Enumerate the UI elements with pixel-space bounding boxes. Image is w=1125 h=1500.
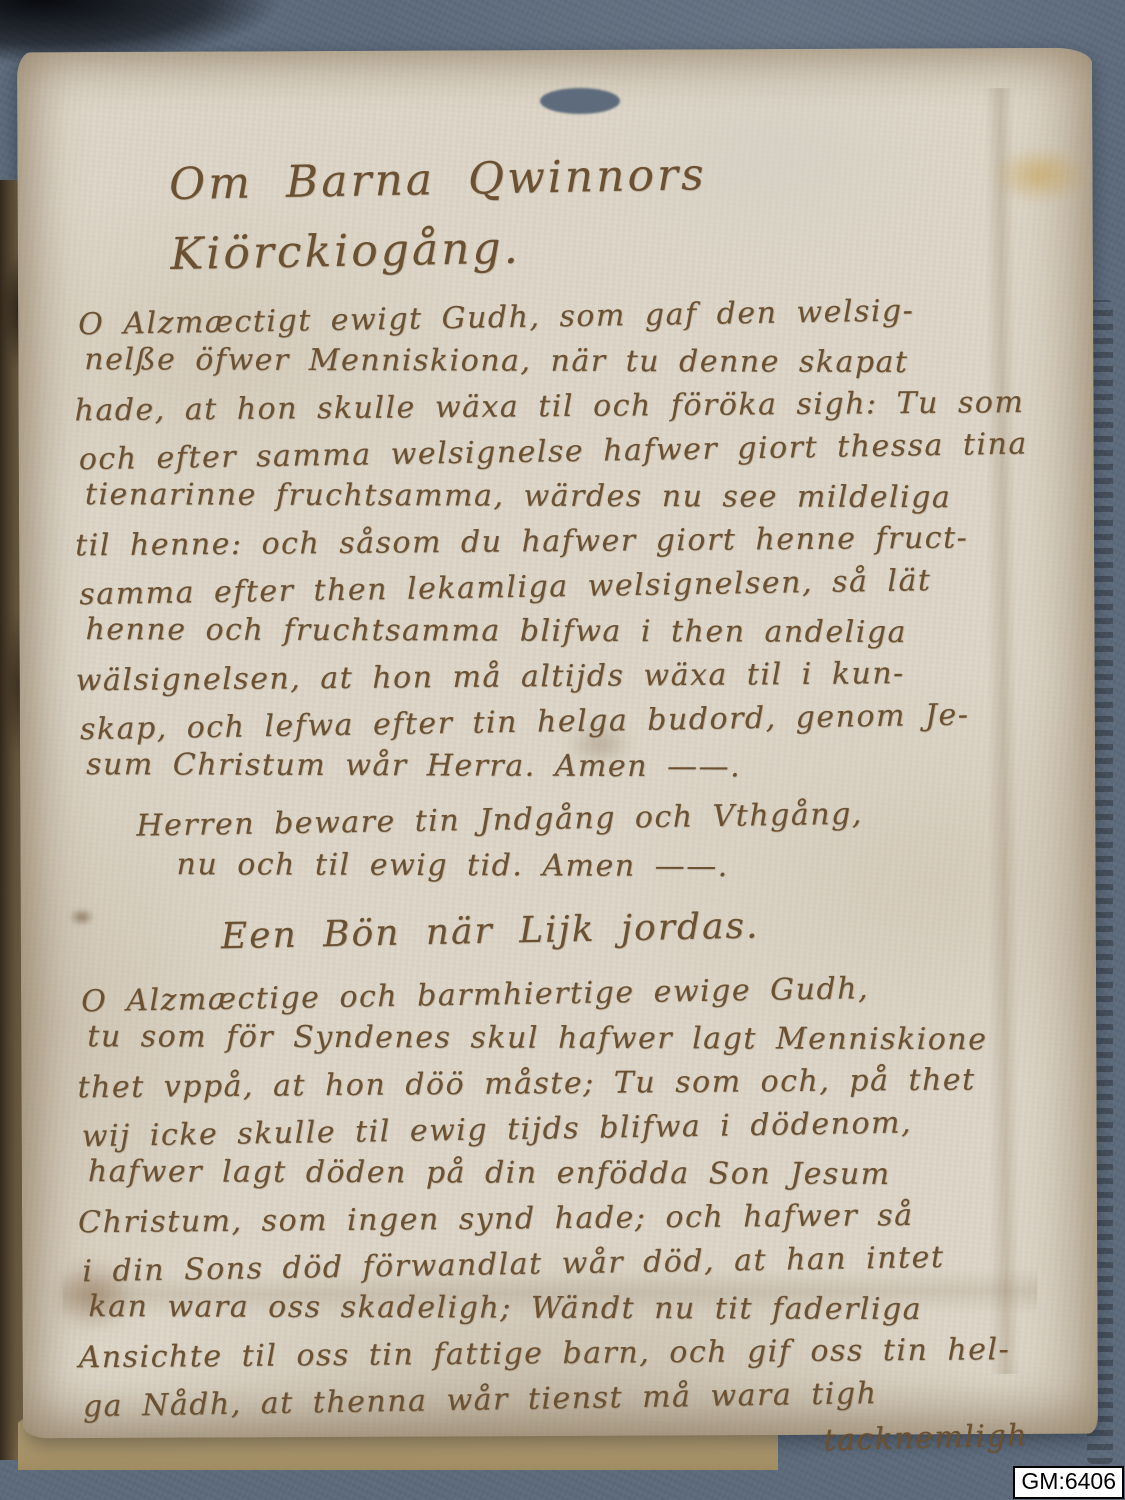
manuscript-line: kan wara oss skadeligh; Wändt nu tit fad…: [88, 1284, 1093, 1333]
manuscript-line: tienarinne fruchtsamma, wärdes nu see mi…: [85, 472, 1090, 521]
prayer-paragraph-1: O Alzmæctigt ewigt Gudh, som gaf den wel…: [78, 292, 1085, 791]
manuscript-line: henne och fruchtsamma blifwa i then ande…: [85, 607, 1090, 656]
museum-label: GM:6406: [1013, 1466, 1124, 1499]
prayer-paragraph-2: O Alzmæctige och barmhiertige ewige Gudh…: [81, 969, 1088, 1423]
section-heading: Een Bön när Lijk jordas.: [220, 888, 1086, 969]
manuscript-line: nelße öfwer Menniskiona, när tu denne sk…: [84, 337, 1089, 386]
handwritten-text: Om Barna Qwinnors Kiörckiogång. O Alzmæc…: [77, 140, 1088, 1475]
page-edge-notch: [540, 88, 620, 114]
page-title: Om Barna Qwinnors Kiörckiogång.: [168, 133, 1083, 290]
manuscript-page: Om Barna Qwinnors Kiörckiogång. O Alzmæc…: [17, 48, 1098, 1439]
manuscript-line: nu och til ewig tid. Amen ——.: [176, 841, 1091, 892]
manuscript-book: Om Barna Qwinnors Kiörckiogång. O Alzmæc…: [0, 50, 1113, 1470]
manuscript-line: sum Christum wår Herra. Amen ——.: [86, 742, 1091, 791]
versicle: Herren beware tin Jndgång och Vthgång, n…: [136, 793, 1085, 893]
manuscript-line: hafwer lagt döden på din enfödda Son Jes…: [88, 1149, 1093, 1198]
manuscript-line: tu som för Syndenes skul hafwer lagt Men…: [87, 1014, 1092, 1063]
